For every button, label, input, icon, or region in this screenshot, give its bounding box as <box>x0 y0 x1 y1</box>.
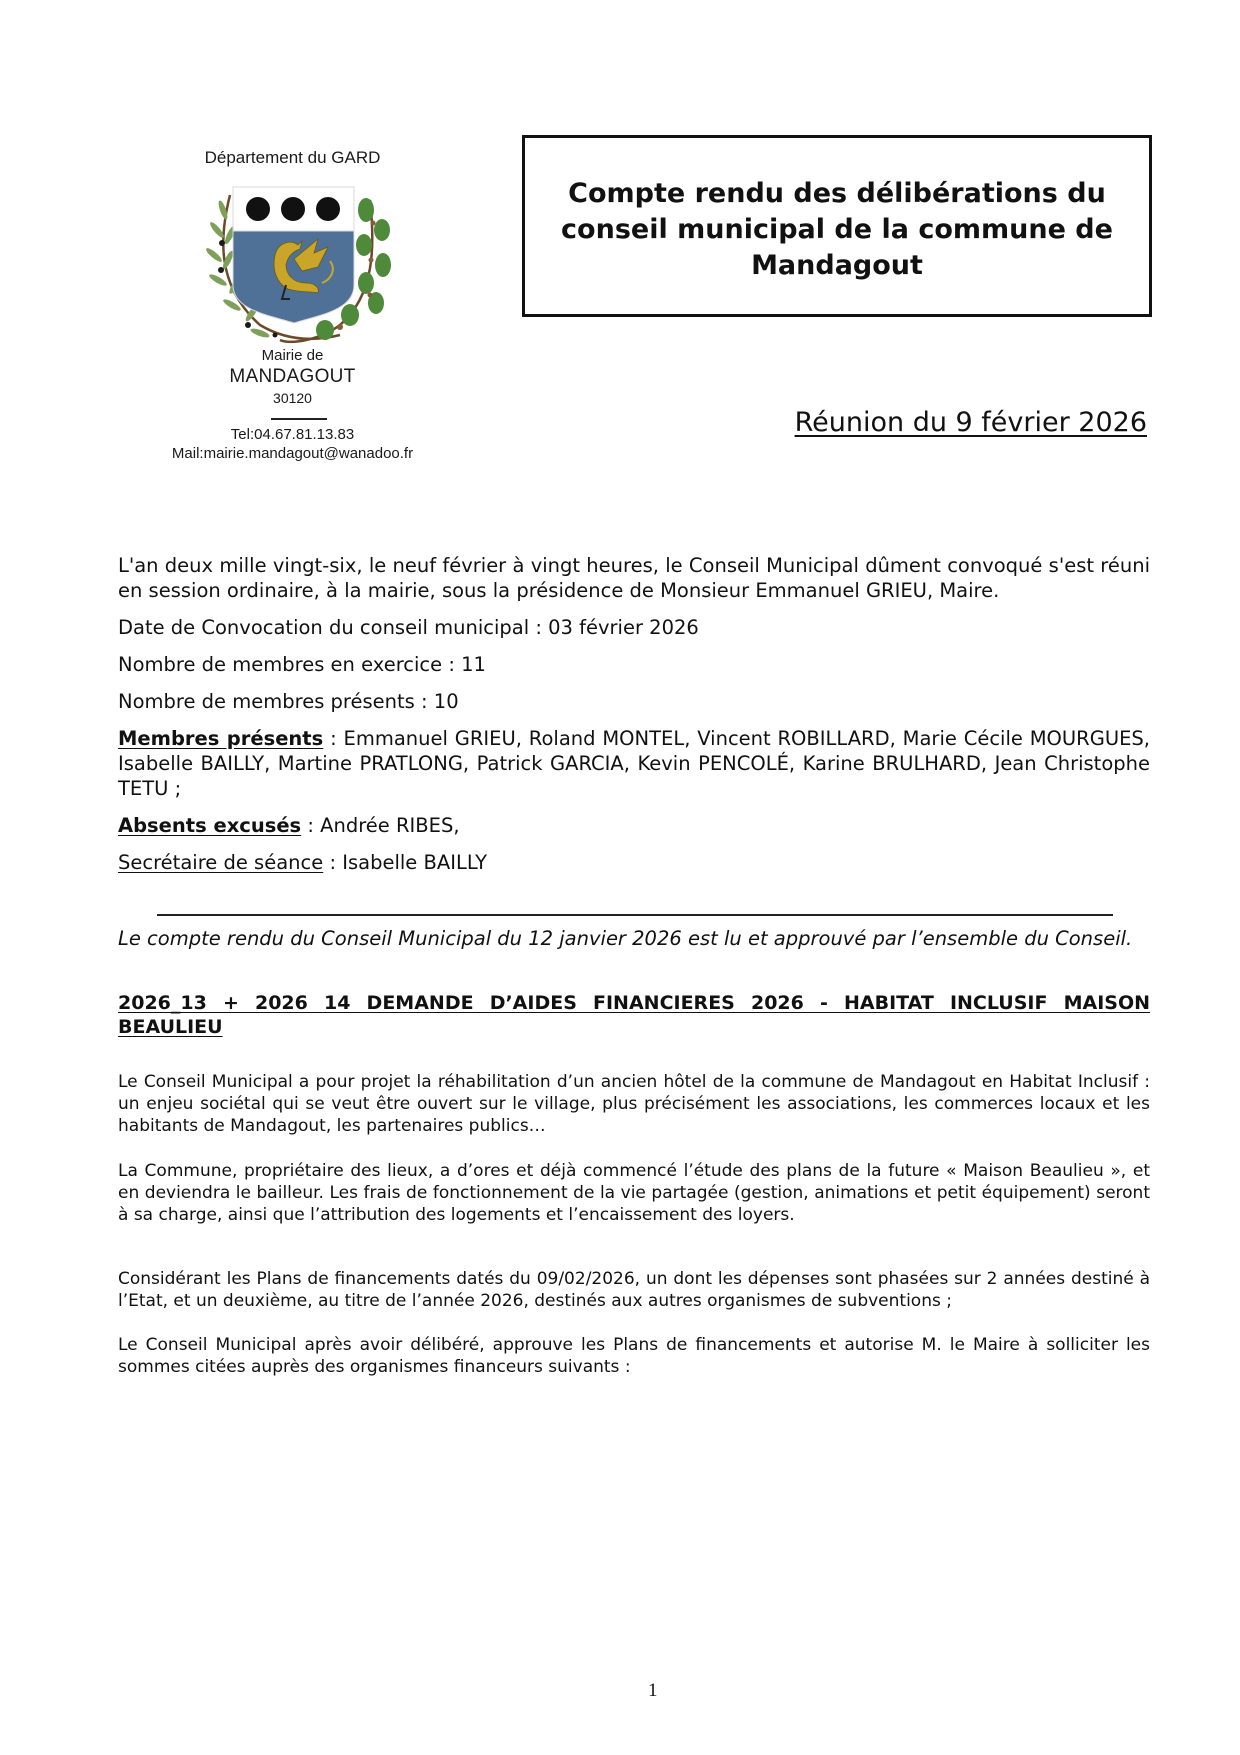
section-paragraph: La Commune, propriétaire des lieux, a d’… <box>118 1160 1150 1226</box>
secretary: Secrétaire de séance : Isabelle BAILLY <box>118 850 1150 875</box>
section-divider <box>157 914 1113 916</box>
secretary-name: : Isabelle BAILLY <box>323 851 487 874</box>
absent-members-list: : Andrée RIBES, <box>301 814 459 837</box>
meeting-date: Réunion du 9 février 2026 <box>795 407 1147 438</box>
convocation-date: Date de Convocation du conseil municipal… <box>118 615 1150 640</box>
coat-of-arms-dragon-icon <box>190 175 400 345</box>
document-title: Compte rendu des délibérations du consei… <box>525 176 1149 284</box>
section-heading: 2026_13 + 2026 14 DEMANDE D’AIDES FINANC… <box>118 991 1150 1039</box>
page-number: 1 <box>648 1680 658 1702</box>
section-paragraph: Le Conseil Municipal après avoir délibér… <box>118 1334 1150 1378</box>
members-present-count: Nombre de membres présents : 10 <box>118 689 1150 714</box>
approval-note: Le compte rendu du Conseil Municipal du … <box>118 926 1150 951</box>
absent-members: Absents excusés : Andrée RIBES, <box>118 813 1150 838</box>
mairie-label: Mairie de <box>150 347 435 364</box>
section-paragraph: Le Conseil Municipal a pour projet la ré… <box>118 1071 1150 1137</box>
town-name: MANDAGOUT <box>150 366 435 388</box>
opening-paragraph: L'an deux mille vingt-six, le neuf févri… <box>118 553 1150 603</box>
absent-members-label: Absents excusés <box>118 814 301 837</box>
members-in-office: Nombre de membres en exercice : 11 <box>118 652 1150 677</box>
department-label: Département du GARD <box>150 148 435 168</box>
logo-rule <box>271 418 327 420</box>
present-members-label: Membres présents <box>118 727 323 750</box>
letterhead-logo: Département du GARD <box>150 140 435 470</box>
section-paragraph: Considérant les Plans de financements da… <box>118 1268 1150 1312</box>
postal-code: 30120 <box>150 390 435 406</box>
phone-number: Tel:04.67.81.13.83 <box>150 426 435 443</box>
present-members: Membres présents : Emmanuel GRIEU, Rolan… <box>118 726 1150 801</box>
secretary-label: Secrétaire de séance <box>118 851 323 874</box>
email-address: Mail:mairie.mandagout@wanadoo.fr <box>150 445 435 462</box>
title-box: Compte rendu des délibérations du consei… <box>522 135 1152 317</box>
